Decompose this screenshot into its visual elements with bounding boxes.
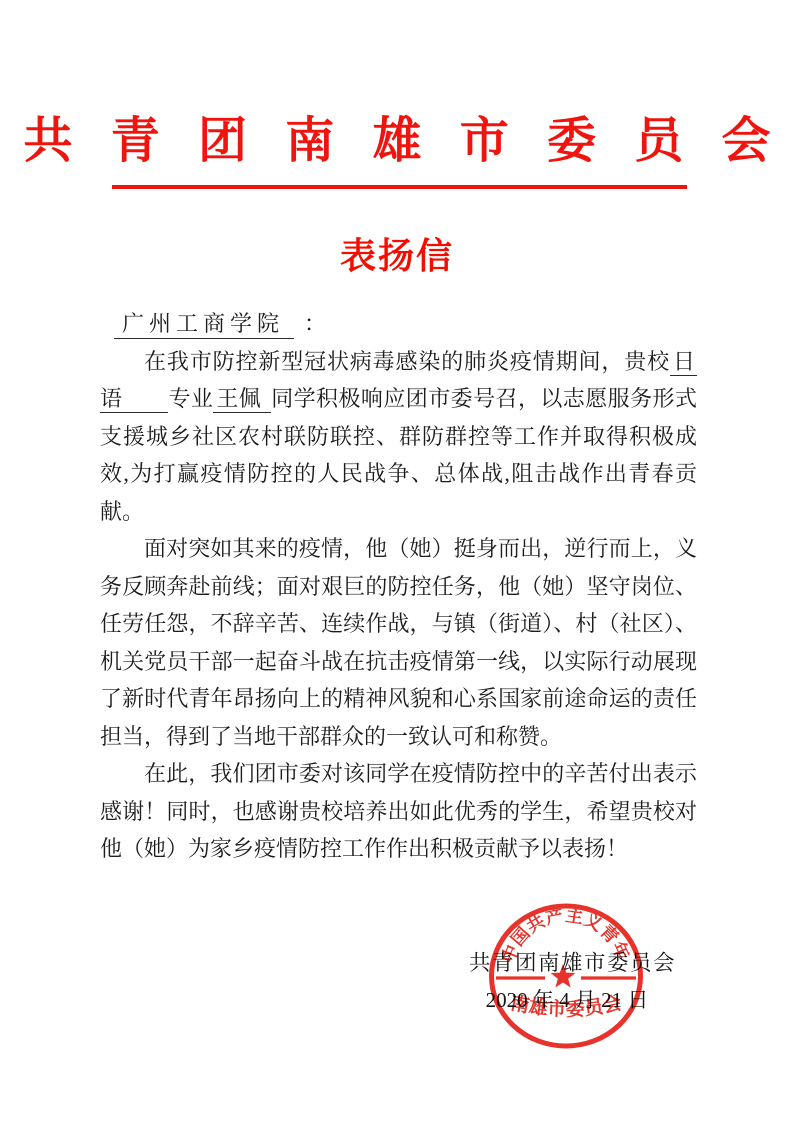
- org-header-title: 共 青 团 南 雄 市 委 员 会: [0, 102, 794, 172]
- commendation-letter-page: 共 青 团 南 雄 市 委 员 会 表扬信 广州工商学院： 在我市防控新型冠状病…: [0, 0, 794, 1123]
- letter-title: 表扬信: [0, 228, 794, 279]
- student-name-blank: 王佩: [213, 386, 271, 413]
- recipient-name: 广州工商学院: [114, 311, 294, 339]
- paragraph-1: 在我市防控新型冠状病毒感染的肺炎疫情期间，贵校日语专业王佩同学积极响应团市委号召…: [100, 343, 697, 531]
- seal-bottom-textpath: 南雄市委员会: [509, 991, 624, 1021]
- paragraph-2: 面对突如其来的疫情，他（她）挺身而出，逆行而上，义务反顾奔赴前线；面对艰巨的防控…: [100, 530, 697, 755]
- seal-star-icon: [551, 964, 576, 988]
- header-divider: [112, 185, 687, 189]
- letter-body: 广州工商学院： 在我市防控新型冠状病毒感染的肺炎疫情期间，贵校日语专业王佩同学积…: [100, 305, 697, 868]
- recipient-colon: ：: [304, 311, 326, 336]
- paragraph-1-mid: 专业: [168, 386, 213, 411]
- seal-bottom-text: 南雄市委员会: [509, 991, 624, 1021]
- recipient-line: 广州工商学院：: [100, 305, 697, 343]
- official-seal: 中国共产主义青年团 南雄市委员会: [487, 901, 647, 1053]
- paragraph-3: 在此，我们团市委对该同学在疫情防控中的辛苦付出表示感谢！同时，也感谢贵校培养出如…: [100, 755, 697, 868]
- paragraph-1-lead: 在我市防控新型冠状病毒感染的肺炎疫情期间，贵校: [144, 349, 670, 374]
